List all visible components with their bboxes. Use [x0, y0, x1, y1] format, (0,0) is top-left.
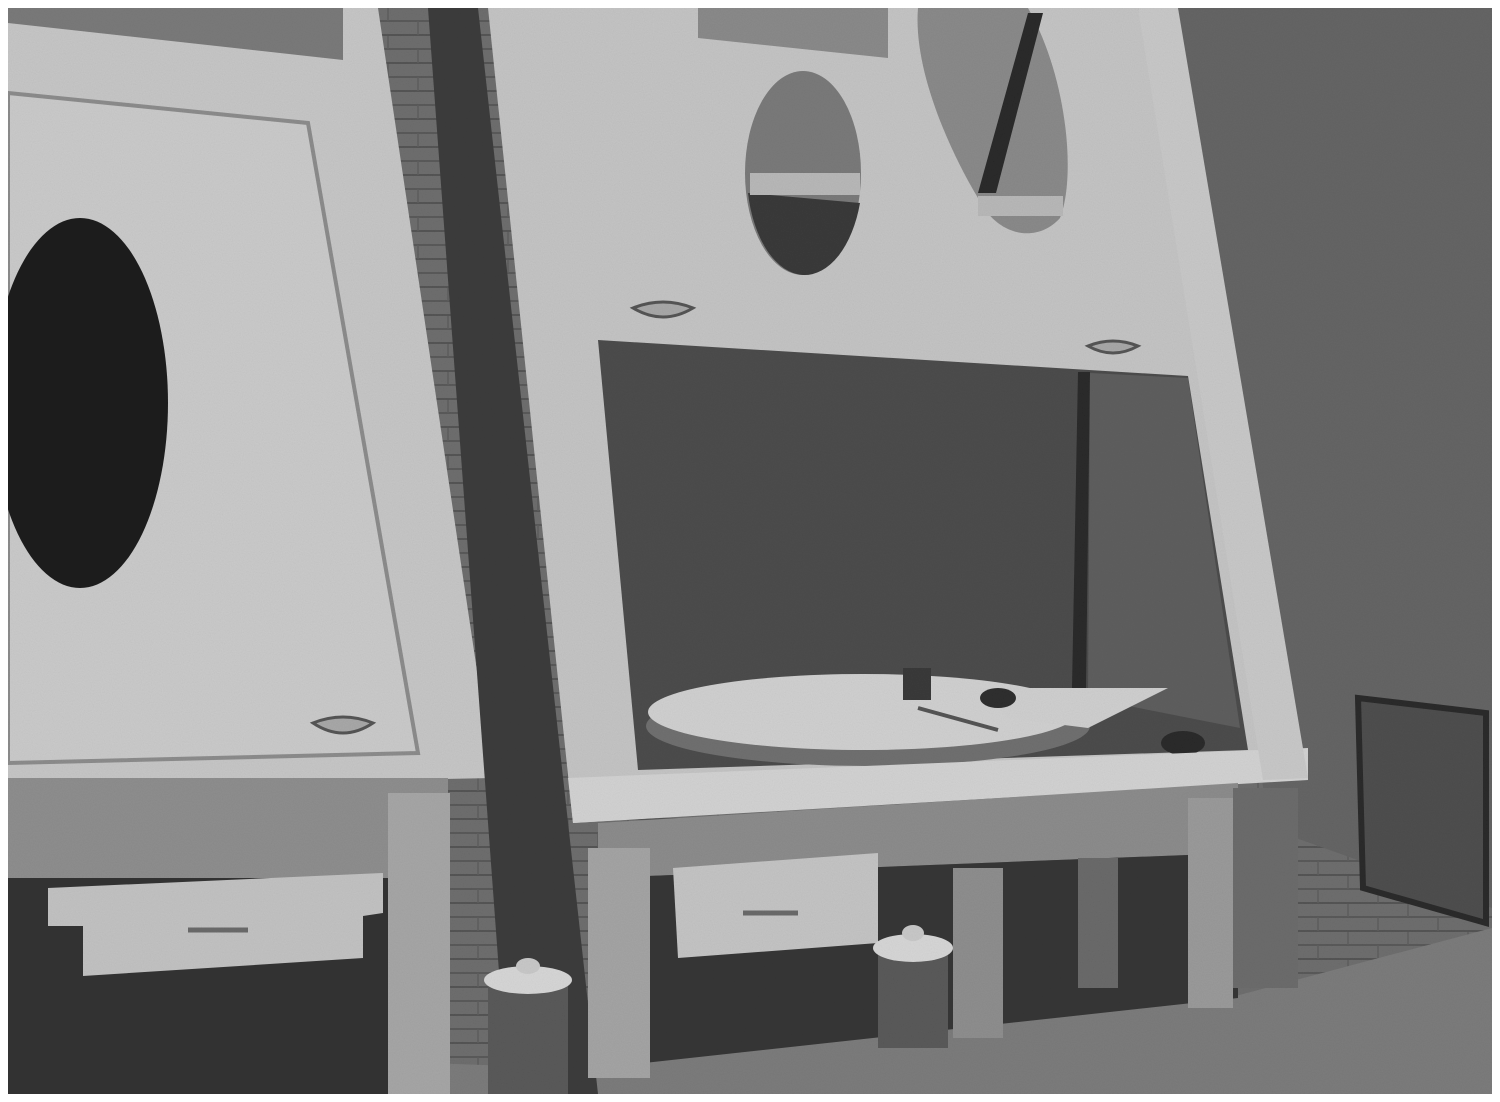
- turntable-post: [903, 668, 931, 700]
- canister-left: [488, 978, 568, 1094]
- canister-right: [878, 948, 948, 1048]
- canister-right-knob: [902, 925, 924, 941]
- canister-left-knob: [516, 958, 540, 974]
- right-arm-hole-2-sill: [978, 196, 1063, 216]
- right-arm-hole-1-sill: [750, 173, 860, 195]
- wall-vent: [1358, 698, 1486, 923]
- right-table-leg-1: [588, 848, 650, 1078]
- brick-pier: [1233, 788, 1298, 988]
- photograph: [8, 8, 1492, 1094]
- left-table-apron: [8, 778, 448, 888]
- left-table-leg: [388, 793, 450, 1094]
- right-drawer: [673, 853, 878, 958]
- right-table-leg-2: [953, 868, 1003, 1038]
- turntable-knob: [980, 688, 1016, 708]
- interior-object: [1161, 731, 1205, 755]
- right-table-back-leg: [1078, 858, 1118, 988]
- right-table-leg-3: [1188, 798, 1233, 1008]
